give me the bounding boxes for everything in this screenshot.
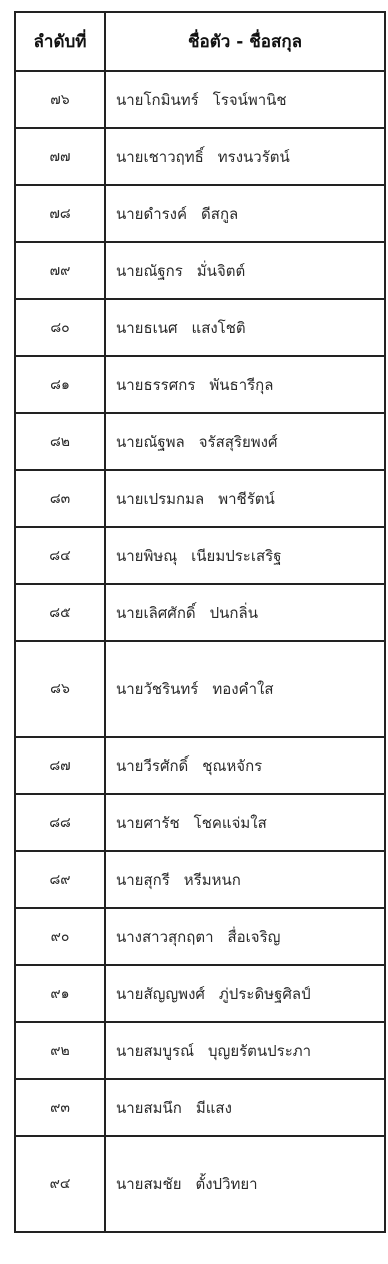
row-name: นายโกมินทร์โรจน์พานิช <box>105 71 385 128</box>
first-name: นายสัญญพงศ์ <box>116 985 205 1003</box>
first-name: นายสมนึก <box>116 1099 182 1117</box>
first-name: นายสุกรี <box>116 871 170 889</box>
last-name: บุญยรัตนประภา <box>208 1042 311 1060</box>
row-name: นายสัญญพงศ์ภู่ประดิษฐศิลป์ <box>105 965 385 1022</box>
row-number: ๘๐ <box>15 299 105 356</box>
table-row: ๘๘นายศารัชโชคแจ่มใส <box>15 794 385 851</box>
last-name: สื่อเจริญ <box>228 928 281 946</box>
table-row: ๙๔นายสมชัยตั้งปวิทยา <box>15 1136 385 1232</box>
table-row: ๙๑นายสัญญพงศ์ภู่ประดิษฐศิลป์ <box>15 965 385 1022</box>
row-name: นายวัชรินทร์ทองคำใส <box>105 641 385 737</box>
first-name: นายพิษณุ <box>116 547 177 565</box>
row-number: ๘๗ <box>15 737 105 794</box>
last-name: ภู่ประดิษฐศิลป์ <box>219 985 311 1003</box>
last-name: ปนกลิ่น <box>210 604 258 622</box>
header-sequence-number: ลำดับที่ <box>15 12 105 71</box>
last-name: โรจน์พานิช <box>213 91 287 109</box>
header-row: ลำดับที่ ชื่อตัว - ชื่อสกุล <box>15 12 385 71</box>
row-name: นายณัฐกรมั่นจิตต์ <box>105 242 385 299</box>
header-full-name: ชื่อตัว - ชื่อสกุล <box>105 12 385 71</box>
last-name: โชคแจ่มใส <box>194 814 267 832</box>
document-page: ลำดับที่ ชื่อตัว - ชื่อสกุล ๗๖นายโกมินทร… <box>0 0 388 1264</box>
table-row: ๗๙นายณัฐกรมั่นจิตต์ <box>15 242 385 299</box>
last-name: พาชีรัตน์ <box>218 490 275 508</box>
last-name: ทองคำใส <box>212 680 273 698</box>
table-row: ๙๒นายสมบูรณ์บุญยรัตนประภา <box>15 1022 385 1079</box>
row-number: ๘๖ <box>15 641 105 737</box>
last-name: พันธารีกุล <box>209 376 273 394</box>
first-name: นายเชาวฤทธิ์ <box>116 148 204 166</box>
row-number: ๙๑ <box>15 965 105 1022</box>
last-name: มีแสง <box>196 1099 232 1117</box>
last-name: ทรงนวรัตน์ <box>218 148 290 166</box>
row-name: นายพิษณุเนียมประเสริฐ <box>105 527 385 584</box>
last-name: แสงโชติ <box>192 319 246 337</box>
row-name: นายเลิศศักดิ์ปนกลิ่น <box>105 584 385 641</box>
first-name: นายณัฐพล <box>116 433 185 451</box>
row-name: นายวีรศักดิ์ชุณหจักร <box>105 737 385 794</box>
row-number: ๘๑ <box>15 356 105 413</box>
first-name: นายโกมินทร์ <box>116 91 199 109</box>
row-name: นายสุกรีหรีมหนก <box>105 851 385 908</box>
row-name: นายธรรศกรพันธารีกุล <box>105 356 385 413</box>
first-name: นางสาวสุกฤตา <box>116 928 214 946</box>
row-number: ๘๓ <box>15 470 105 527</box>
first-name: นายดำรงค์ <box>116 205 187 223</box>
row-number: ๙๓ <box>15 1079 105 1136</box>
row-number: ๘๔ <box>15 527 105 584</box>
first-name: นายเลิศศักดิ์ <box>116 604 196 622</box>
table-row: ๘๕นายเลิศศักดิ์ปนกลิ่น <box>15 584 385 641</box>
first-name: นายธเนศ <box>116 319 178 337</box>
first-name: นายณัฐกร <box>116 262 183 280</box>
row-number: ๗๗ <box>15 128 105 185</box>
last-name: มั่นจิตต์ <box>197 262 245 280</box>
table-row: ๘๑นายธรรศกรพันธารีกุล <box>15 356 385 413</box>
row-name: นายดำรงค์ดีสกูล <box>105 185 385 242</box>
row-number: ๙๐ <box>15 908 105 965</box>
row-name: นายสมบูรณ์บุญยรัตนประภา <box>105 1022 385 1079</box>
first-name: นายวัชรินทร์ <box>116 680 198 698</box>
row-name: นายณัฐพลจรัสสุริยพงศ์ <box>105 413 385 470</box>
table-row: ๘๗นายวีรศักดิ์ชุณหจักร <box>15 737 385 794</box>
table-row: ๘๐นายธเนศแสงโชติ <box>15 299 385 356</box>
table-row: ๙๐นางสาวสุกฤตาสื่อเจริญ <box>15 908 385 965</box>
name-roster-table: ลำดับที่ ชื่อตัว - ชื่อสกุล ๗๖นายโกมินทร… <box>14 11 386 1233</box>
last-name: ชุณหจักร <box>202 757 262 775</box>
row-name: นายเชาวฤทธิ์ทรงนวรัตน์ <box>105 128 385 185</box>
table-row: ๘๓นายเปรมกมลพาชีรัตน์ <box>15 470 385 527</box>
row-number: ๗๙ <box>15 242 105 299</box>
table-row: ๙๓นายสมนึกมีแสง <box>15 1079 385 1136</box>
row-number: ๘๒ <box>15 413 105 470</box>
first-name: นายเปรมกมล <box>116 490 204 508</box>
table-row: ๘๔นายพิษณุเนียมประเสริฐ <box>15 527 385 584</box>
table-row: ๘๙นายสุกรีหรีมหนก <box>15 851 385 908</box>
first-name: นายธรรศกร <box>116 376 195 394</box>
table-row: ๗๗นายเชาวฤทธิ์ทรงนวรัตน์ <box>15 128 385 185</box>
last-name: เนียมประเสริฐ <box>191 547 281 565</box>
row-number: ๘๘ <box>15 794 105 851</box>
table-row: ๘๒นายณัฐพลจรัสสุริยพงศ์ <box>15 413 385 470</box>
row-name: นายศารัชโชคแจ่มใส <box>105 794 385 851</box>
first-name: นายสมบูรณ์ <box>116 1042 194 1060</box>
last-name: หรีมหนก <box>184 871 241 889</box>
row-name: นายเปรมกมลพาชีรัตน์ <box>105 470 385 527</box>
row-number: ๘๙ <box>15 851 105 908</box>
last-name: ตั้งปวิทยา <box>195 1175 257 1193</box>
table-row: ๗๖นายโกมินทร์โรจน์พานิช <box>15 71 385 128</box>
row-number: ๙๒ <box>15 1022 105 1079</box>
last-name: จรัสสุริยพงศ์ <box>199 433 278 451</box>
row-number: ๗๘ <box>15 185 105 242</box>
row-number: ๗๖ <box>15 71 105 128</box>
row-name: นางสาวสุกฤตาสื่อเจริญ <box>105 908 385 965</box>
row-name: นายสมชัยตั้งปวิทยา <box>105 1136 385 1232</box>
row-number: ๙๔ <box>15 1136 105 1232</box>
table-row: ๗๘นายดำรงค์ดีสกูล <box>15 185 385 242</box>
first-name: นายสมชัย <box>116 1175 181 1193</box>
row-number: ๘๕ <box>15 584 105 641</box>
first-name: นายศารัช <box>116 814 180 832</box>
first-name: นายวีรศักดิ์ <box>116 757 188 775</box>
table-row: ๘๖นายวัชรินทร์ทองคำใส <box>15 641 385 737</box>
row-name: นายธเนศแสงโชติ <box>105 299 385 356</box>
last-name: ดีสกูล <box>201 205 238 223</box>
row-name: นายสมนึกมีแสง <box>105 1079 385 1136</box>
